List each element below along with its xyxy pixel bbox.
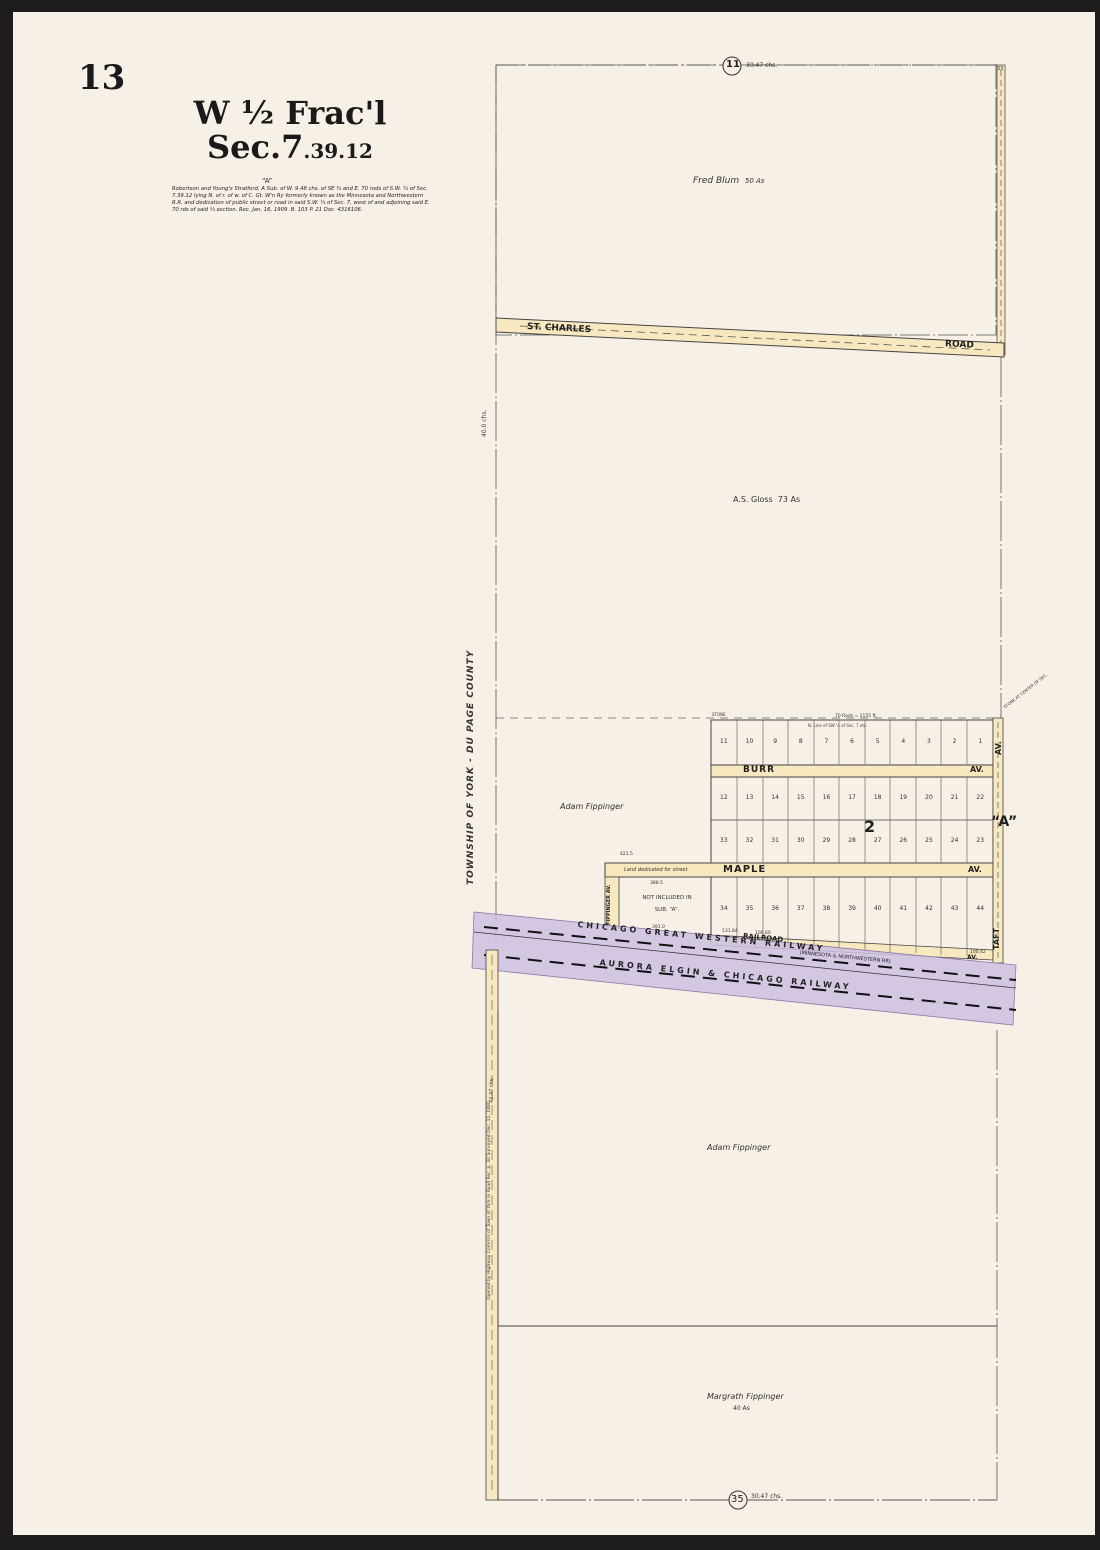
lot-row-4: 3435363738394041424344 [711,905,993,912]
subdivision-mark: “A” [991,814,1017,830]
owner-margrath-area: 40 As [733,1405,750,1412]
plat-map [0,0,1100,1550]
burr-av-label: AV. [970,765,984,774]
west-dimension-upper: 40.0 chs. [481,410,488,437]
burr-label: BURR [743,765,775,775]
north-section-number: 11 [726,59,740,70]
taft-label: TAFT [992,928,1001,950]
taft-av-label: AV. [994,741,1003,755]
railroad-av-suffix: AV. [967,954,977,961]
west-road-note: Opened by Highway Commrs of Town of York… [487,1100,492,1300]
dim-100-60: 100.60 [755,931,771,936]
road-label: ROAD [945,339,974,350]
owner-adam-fippinger-north: Adam Fippinger [560,802,623,811]
north-dimension: 30.47 chs. [746,62,777,69]
owner-as-gloss: A.S. Gloss 73 As [733,495,800,504]
dim-131-84: 131.84 [722,929,738,934]
quarter-line-note: N. Line of SW ¼ of Sec. 7 etc. [808,723,867,728]
lot-row-3: 3332313029282726252423 [711,837,993,844]
dim-388-5: 388.5 [650,881,663,886]
not-included-note: NOT INCLUDED IN SUB. “A”. [637,892,697,916]
stone-label: STONE [712,712,726,717]
owner-fred-blum: Fred Blum 50 As [693,176,764,186]
parcel-fred-blum [496,65,996,335]
south-section-number: 35 [731,1494,744,1505]
dim-421-5: 421.5 [620,852,633,857]
fippinger-av-label: FIPPINGER AV. [606,885,612,925]
north-line-note: 70 Rods = 1155 ft. [835,714,877,719]
railway-right-of-way [472,912,1016,1025]
lot-row-1: 1110987654321 [711,738,993,745]
lot-row-2: 1213141516171819202122 [711,794,993,801]
south-dimension: 30.47 chs. [751,1493,782,1500]
township-label: TOWNSHIP OF YORK - DU PAGE COUNTY [466,585,476,885]
maple-av-label: AV. [968,865,982,874]
block-number: 2 [864,817,875,836]
land-dedicated-note: Land dedicated for street [624,867,687,873]
dim-100-42: 100.42 [970,950,986,955]
maple-label: MAPLE [723,864,766,875]
owner-adam-fippinger-south: Adam Fippinger [707,1143,770,1152]
corner-ne-number: 33 [997,66,1003,72]
owner-margrath-fippinger: Margrath Fippinger [707,1392,784,1401]
